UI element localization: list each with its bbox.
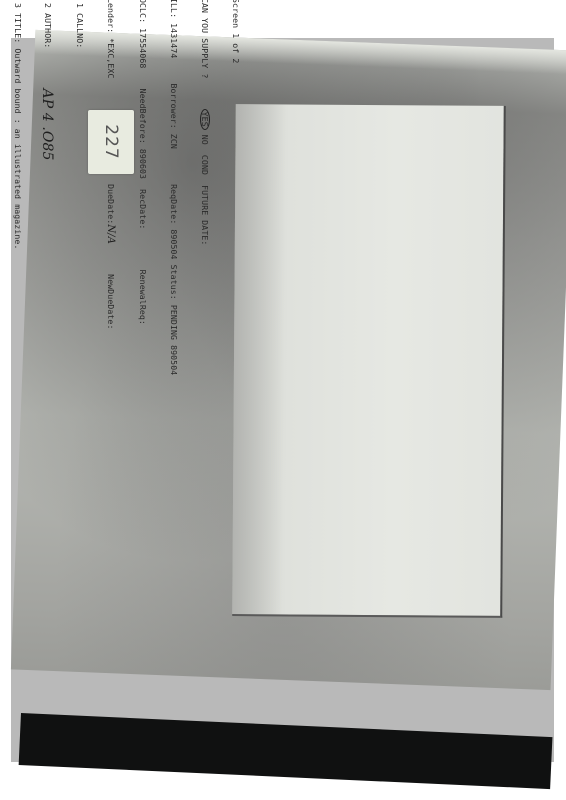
scan-dark-band [19, 713, 553, 789]
field-label: AUTHOR: [43, 13, 53, 48]
reqdate: ReqDate: 890504 [169, 184, 179, 259]
status: Status: PENDING 890504 [169, 265, 179, 376]
field-num: 1 [75, 3, 85, 8]
supply-options: NO COND FUTURE DATE: [200, 135, 210, 246]
newduedate: NewDueDate: [106, 274, 116, 329]
field-1: 1 CALLNO: [75, 0, 85, 503]
yes-circled: YES [200, 109, 210, 130]
ill-printout-slip [232, 104, 506, 618]
duedate-handwritten: N/A [105, 224, 116, 244]
field-3: 3 TITLE: Outward bound : an illustrated … [12, 0, 22, 503]
supply-line: CAN YOU SUPPLY ? YES NO COND FUTURE DATE… [200, 0, 210, 503]
oclc-number: OCLC: 17554068 [138, 0, 148, 68]
ill-line: ILL: 1431474 Borrower: ZCN ReqDate: 8905… [168, 0, 178, 503]
renewalreq: RenewalReq: [138, 270, 148, 325]
needbefore: NeedBefore: 890603 [138, 89, 148, 180]
oclc-line: OCLC: 17554068 NeedBefore: 890603 RecDat… [137, 0, 147, 503]
field-label: TITLE: [13, 13, 23, 43]
duedate: DueDate: [106, 184, 116, 224]
can-you-supply-label: CAN YOU SUPPLY ? [200, 0, 210, 78]
borrower: Borrower: ZCN [169, 84, 179, 149]
ill-record-text: Screen 1 of 2 CAN YOU SUPPLY ? YES NO CO… [0, 0, 262, 503]
screen-line: Screen 1 of 2 [231, 0, 241, 503]
field-num: 2 [43, 3, 53, 8]
screen-indicator: Screen 1 of 2 [231, 0, 241, 63]
recdate: RecDate: [138, 189, 148, 229]
field-2: 2 AUTHOR: AP 4 .O85 [44, 0, 54, 503]
ill-number: ILL: 1431474 [169, 0, 179, 58]
field-label: CALLNO: [75, 13, 85, 48]
lender: Lender: *EXC,EXC [106, 0, 116, 78]
lender-line: Lender: *EXC,EXC DueDate:N/A NewDueDate: [106, 0, 116, 503]
handwritten-callno: AP 4 .O85 [39, 89, 55, 161]
field-num: 3 [13, 3, 23, 8]
field-value: Outward bound : an illustrated magazine. [13, 48, 23, 249]
